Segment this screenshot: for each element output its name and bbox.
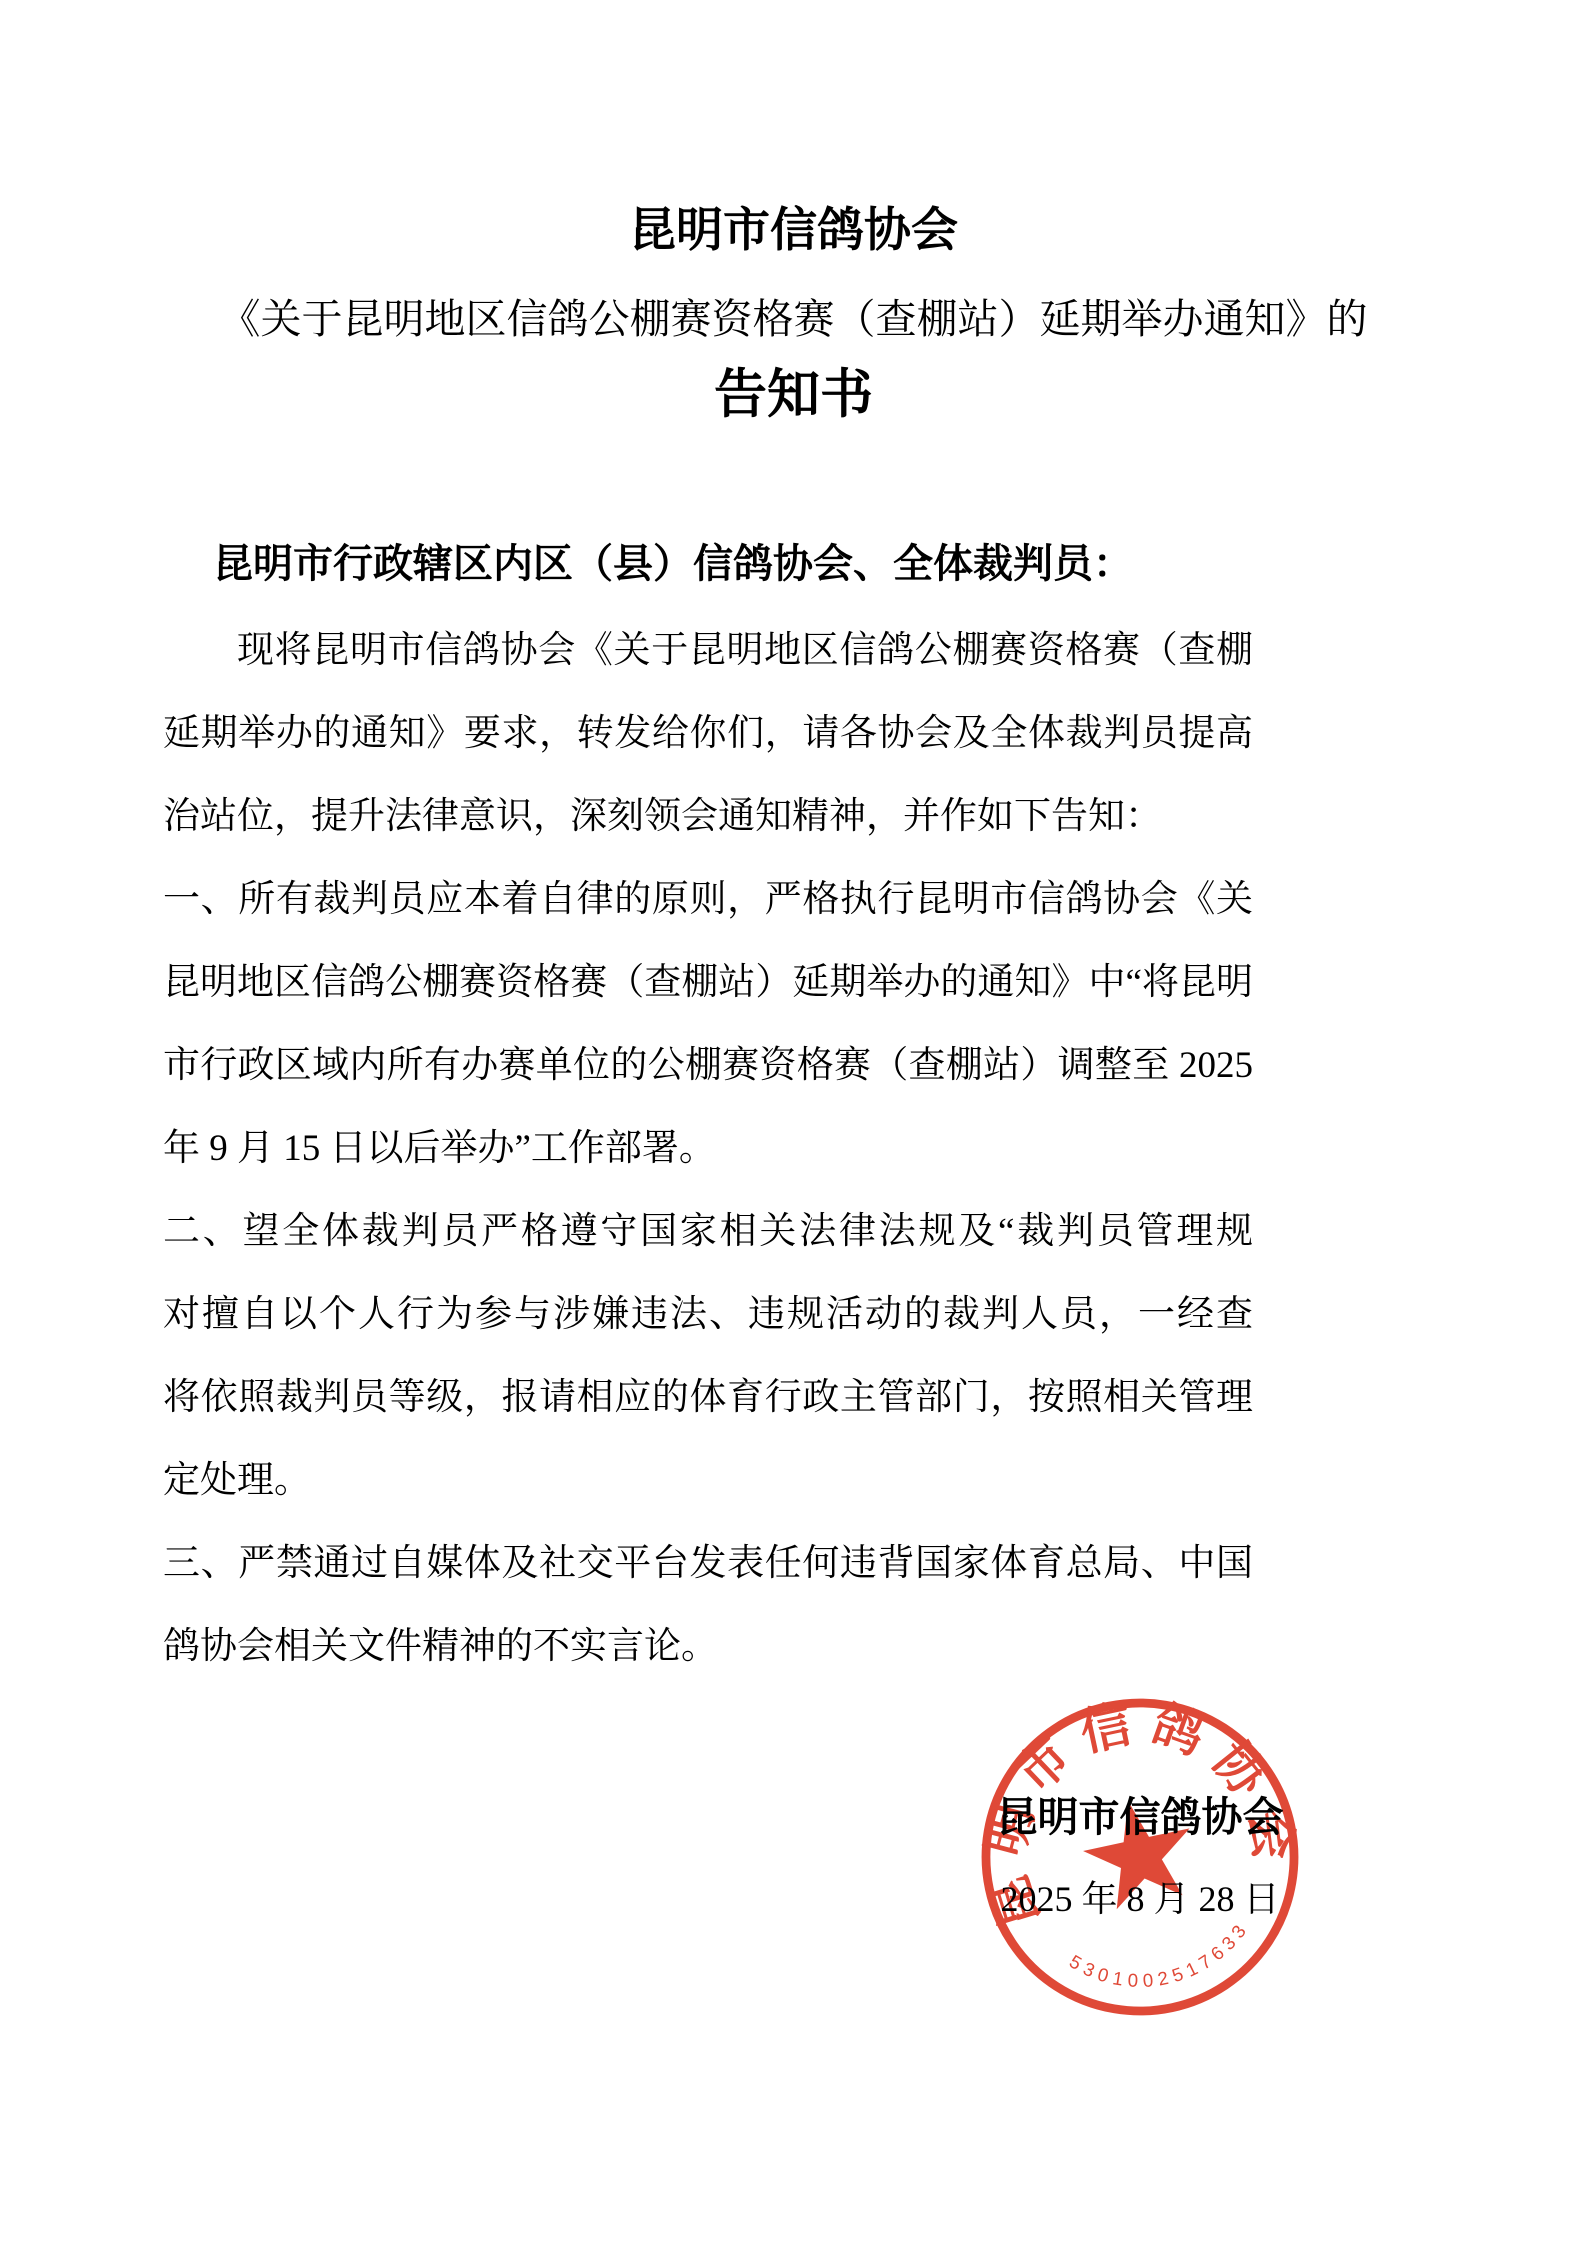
body-line: 昆明地区信鸽公棚赛资格赛（查棚站）延期举办的通知》中“将昆明 xyxy=(163,941,1253,1024)
body-line: 三、严禁通过自媒体及社交平台发表任何违背国家体育总局、中国信 xyxy=(163,1522,1253,1605)
body-line: 将依照裁判员等级，报请相应的体育行政主管部门，按照相关管理规 xyxy=(163,1356,1253,1439)
document-date: 2025 年 8 月 28 日 xyxy=(960,1876,1320,1922)
body-line: 对擅自以个人行为参与涉嫌违法、违规活动的裁判人员，一经查实， xyxy=(163,1273,1253,1356)
seal-graphic: 昆明市信鸽协会 5301002517633 xyxy=(944,1661,1335,2052)
body-line: 现将昆明市信鸽协会《关于昆明地区信鸽公棚赛资格赛（查棚站） xyxy=(163,609,1253,692)
body-line: 年 9 月 15 日以后举办”工作部署。 xyxy=(163,1107,1253,1190)
body-line: 一、所有裁判员应本着自律的原则，严格执行昆明市信鸽协会《关于 xyxy=(163,858,1253,941)
document-page: 昆明市信鸽协会 《关于昆明地区信鸽公棚赛资格赛（查棚站）延期举办通知》的 告知书… xyxy=(0,0,1587,2245)
document-type-heading: 告知书 xyxy=(0,360,1587,430)
body-line: 二、望全体裁判员严格遵守国家相关法律法规及“裁判员管理规定”， xyxy=(163,1190,1253,1273)
document-subtitle: 《关于昆明地区信鸽公棚赛资格赛（查棚站）延期举办通知》的 xyxy=(0,292,1587,346)
body-line: 定处理。 xyxy=(163,1439,1253,1522)
body-line: 延期举办的通知》要求，转发给你们，请各协会及全体裁判员提高政 xyxy=(163,692,1253,775)
body-line: 市行政区域内所有办赛单位的公棚赛资格赛（查棚站）调整至 2025 xyxy=(163,1024,1253,1107)
body-line: 治站位，提升法律意识，深刻领会通知精神，并作如下告知： xyxy=(163,775,1253,858)
body-line: 鸽协会相关文件精神的不实言论。 xyxy=(163,1605,1253,1688)
seal-serial-number: 5301002517633 xyxy=(1063,1914,1262,2008)
page-title: 昆明市信鸽协会 xyxy=(0,200,1587,260)
signature-org: 昆明市信鸽协会 xyxy=(975,1793,1305,1841)
document-body: 现将昆明市信鸽协会《关于昆明地区信鸽公棚赛资格赛（查棚站）延期举办的通知》要求，… xyxy=(163,609,1253,1688)
official-seal-stamp: 昆明市信鸽协会 5301002517633 xyxy=(975,1692,1305,2022)
addressee-line: 昆明市行政辖区内区（县）信鸽协会、全体裁判员： xyxy=(213,540,1133,588)
